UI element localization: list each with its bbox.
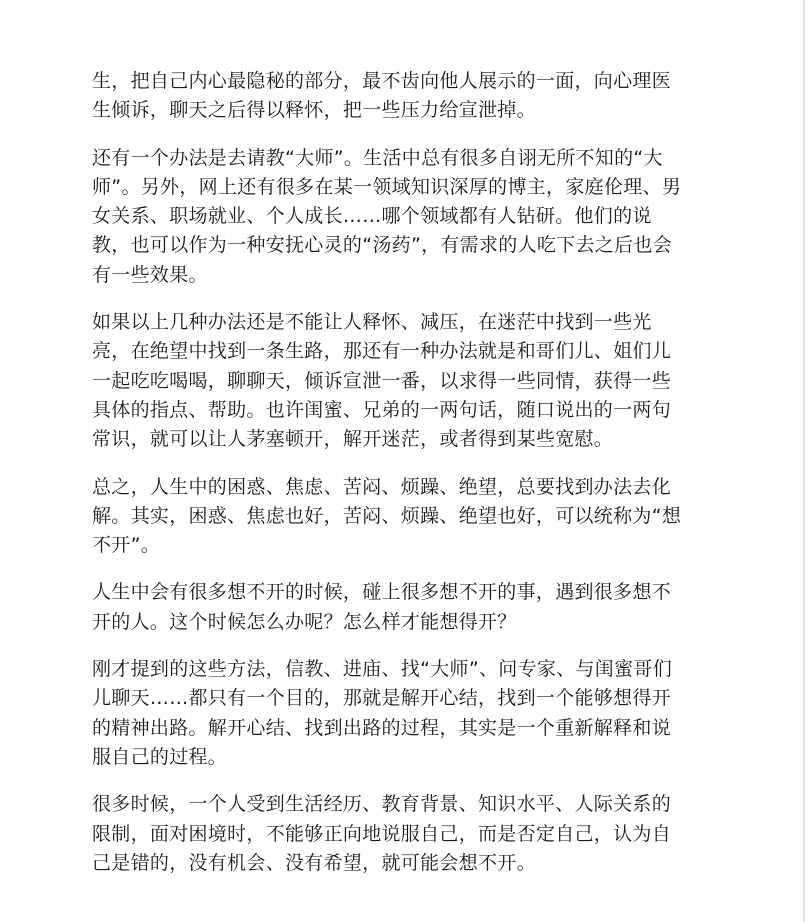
article-body: 生，把自己内心最隐秘的部分，最不齿向他人展示的一面，向心理医 生倾诉，聊天之后得… <box>92 67 712 896</box>
text-line: 生，把自己内心最隐秘的部分，最不齿向他人展示的一面，向心理医 <box>92 67 712 96</box>
text-line: 服自己的过程。 <box>92 743 712 772</box>
text-line: 教，也可以作为一种安抚心灵的“汤药”，有需求的人吃下去之后也会 <box>92 231 712 260</box>
text-line: 有一些效果。 <box>92 261 712 290</box>
text-line: 己是错的，没有机会、没有希望，就可能会想不开。 <box>92 849 712 878</box>
text-line: 常识，就可以让人茅塞顿开，解开迷茫，或者得到某些宽慰。 <box>92 425 712 454</box>
text-line: 很多时候，一个人受到生活经历、教育背景、知识水平、人际关系的 <box>92 790 712 819</box>
paragraph-4: 总之，人生中的困惑、焦虑、苦闷、烦躁、绝望，总要找到办法去化 解。其实，困惑、焦… <box>92 473 712 561</box>
text-line: 生倾诉，聊天之后得以释怀，把一些压力给宣泄掉。 <box>92 96 712 125</box>
text-line: 刚才提到的这些方法，信教、进庙、找“大师”、问专家、与闺蜜哥们 <box>92 655 712 684</box>
text-line: 不开”。 <box>92 531 712 560</box>
paragraph-7: 很多时候，一个人受到生活经历、教育背景、知识水平、人际关系的 限制，面对困境时，… <box>92 790 712 878</box>
text-line: 人生中会有很多想不开的时候，碰上很多想不开的事，遇到很多想不 <box>92 578 712 607</box>
text-line: 女关系、职场就业、个人成长……哪个领域都有人钻研。他们的说 <box>92 202 712 231</box>
paragraph-5: 人生中会有很多想不开的时候，碰上很多想不开的事，遇到很多想不 开的人。这个时候怎… <box>92 578 712 637</box>
paragraph-3: 如果以上几种办法还是不能让人释怀、减压，在迷茫中找到一些光 亮，在绝望中找到一条… <box>92 308 712 454</box>
text-line: 师”。另外，网上还有很多在某一领域知识深厚的博主，家庭伦理、男 <box>92 173 712 202</box>
paragraph-1: 生，把自己内心最隐秘的部分，最不齿向他人展示的一面，向心理医 生倾诉，聊天之后得… <box>92 67 712 126</box>
text-line: 限制，面对困境时，不能够正向地说服自己，而是否定自己，认为自 <box>92 820 712 849</box>
text-line: 亮，在绝望中找到一条生路，那还有一种办法就是和哥们儿、姐们儿 <box>92 337 712 366</box>
text-line: 总之，人生中的困惑、焦虑、苦闷、烦躁、绝望，总要找到办法去化 <box>92 473 712 502</box>
paragraph-6: 刚才提到的这些方法，信教、进庙、找“大师”、问专家、与闺蜜哥们 儿聊天……都只有… <box>92 655 712 772</box>
text-line: 还有一个办法是去请教“大师”。生活中总有很多自诩无所不知的“大 <box>92 144 712 173</box>
text-line: 的精神出路。解开心结、找到出路的过程，其实是一个重新解释和说 <box>92 714 712 743</box>
document-page: 生，把自己内心最隐秘的部分，最不齿向他人展示的一面，向心理医 生倾诉，聊天之后得… <box>0 0 802 922</box>
text-line: 解。其实，困惑、焦虑也好，苦闷、烦躁、绝望也好，可以统称为“想 <box>92 502 712 531</box>
text-line: 儿聊天……都只有一个目的，那就是解开心结，找到一个能够想得开 <box>92 684 712 713</box>
text-line: 如果以上几种办法还是不能让人释怀、减压，在迷茫中找到一些光 <box>92 308 712 337</box>
paragraph-2: 还有一个办法是去请教“大师”。生活中总有很多自诩无所不知的“大 师”。另外，网上… <box>92 144 712 290</box>
text-line: 一起吃吃喝喝，聊聊天，倾诉宣泄一番，以求得一些同情，获得一些 <box>92 367 712 396</box>
text-line: 开的人。这个时候怎么办呢？怎么样才能想得开？ <box>92 608 712 637</box>
text-line: 具体的指点、帮助。也许闺蜜、兄弟的一两句话，随口说出的一两句 <box>92 396 712 425</box>
